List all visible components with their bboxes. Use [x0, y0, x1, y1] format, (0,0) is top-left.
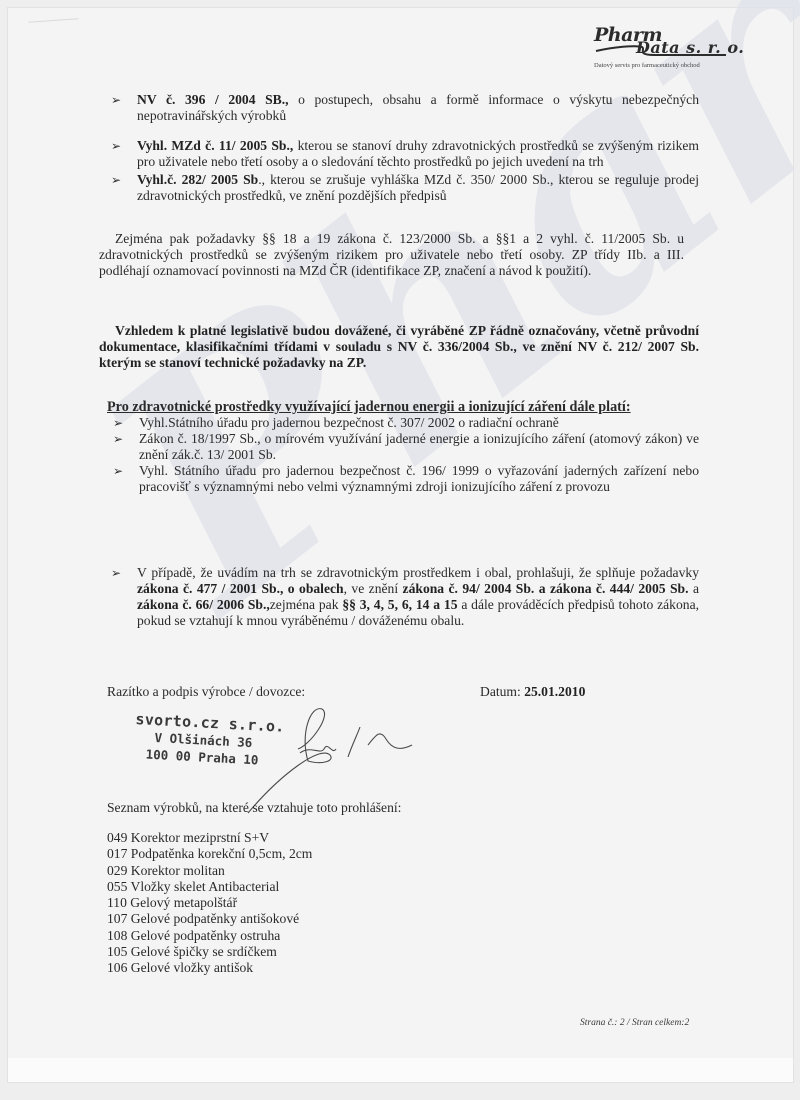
packaging-law-ref: zákona č. 94/ 2004 Sb. a zákona č. 444/ …	[403, 581, 689, 596]
list-item: 049 Korektor meziprstní S+V	[107, 830, 312, 846]
list-item: 105 Gelové špičky se srdíčkem	[107, 944, 312, 960]
regulation-ref: Vyhl. MZd č. 11/ 2005 Sb.,	[137, 138, 293, 153]
regulation-item: ➢ Vyhl. MZd č. 11/ 2005 Sb., kterou se s…	[107, 138, 699, 170]
arrow-bullet-icon: ➢	[113, 463, 123, 479]
handwritten-signature-icon	[240, 705, 450, 815]
product-list-intro: Seznam výrobků, na které se vztahuje tot…	[107, 800, 401, 816]
date-label: Datum:	[480, 684, 524, 699]
signature-row: Razítko a podpis výrobce / dovozce: Datu…	[107, 684, 707, 700]
logo-text-data: Data s. r. o.	[636, 38, 744, 57]
list-item: 108 Gelové podpatěnky ostruha	[107, 928, 312, 944]
arrow-bullet-icon: ➢	[111, 565, 121, 581]
page-number: Strana č.: 2 / Stran celkem:2	[580, 1018, 689, 1028]
packaging-declaration: ➢ V případě, že uvádím na trh se zdravot…	[107, 565, 699, 629]
packaging-text: zejména pak	[270, 597, 343, 612]
packaging-sections: §§ 3, 4, 5, 6, 14 a 15	[342, 597, 457, 612]
arrow-bullet-icon: ➢	[111, 138, 121, 154]
product-list: 049 Korektor meziprstní S+V 017 Podpatěn…	[107, 830, 312, 977]
list-item: 110 Gelový metapolštář	[107, 895, 312, 911]
packaging-law-ref: zákona č. 66/ 2006 Sb.,	[137, 597, 270, 612]
regulation-ref: Vyhl.č. 282/ 2005 Sb	[137, 172, 258, 187]
packaging-text: V případě, že uvádím na trh se zdravotni…	[137, 565, 699, 580]
nuclear-item: ➢ Vyhl. Státního úřadu pro jadernou bezp…	[99, 463, 699, 495]
nuclear-section-heading: Pro zdravotnické prostředky využívající …	[107, 399, 699, 415]
signature-label: Razítko a podpis výrobce / dovozce:	[107, 684, 305, 699]
scan-edge	[8, 1058, 793, 1082]
list-item: 055 Vložky skelet Antibacterial	[107, 879, 312, 895]
logo-tagline: Datový servis pro farmaceutický obchod	[594, 62, 700, 69]
packaging-law-ref: zákona č. 477 / 2001 Sb., o obalech	[137, 581, 344, 596]
document-body: ➢ NV č. 396 / 2004 SB., o postupech, obs…	[107, 92, 699, 629]
regulation-item: ➢ Vyhl.č. 282/ 2005 Sb., kterou se zrušu…	[107, 172, 699, 204]
regulation-item: ➢ NV č. 396 / 2004 SB., o postupech, obs…	[107, 92, 699, 124]
nuclear-item-text: Vyhl. Státního úřadu pro jadernou bezpeč…	[139, 463, 699, 494]
requirements-paragraph: Zejména pak požadavky §§ 18 a 19 zákona …	[99, 231, 684, 279]
labeling-paragraph: Vzhledem k platné legislativě budou dová…	[99, 323, 699, 371]
regulation-ref: NV č. 396 / 2004 SB.,	[137, 92, 289, 107]
arrow-bullet-icon: ➢	[111, 172, 121, 188]
date-value: 25.01.2010	[524, 684, 585, 699]
packaging-text: a	[689, 581, 699, 596]
nuclear-item-text: Vyhl.Státního úřadu pro jadernou bezpečn…	[139, 415, 559, 430]
arrow-bullet-icon: ➢	[113, 431, 123, 447]
nuclear-item: ➢ Vyhl.Státního úřadu pro jadernou bezpe…	[99, 415, 699, 431]
packaging-text: , ve znění	[344, 581, 403, 596]
list-item: 029 Korektor molitan	[107, 863, 312, 879]
list-item: 107 Gelové podpatěnky antišokové	[107, 911, 312, 927]
list-item: 106 Gelové vložky antišok	[107, 960, 312, 976]
arrow-bullet-icon: ➢	[111, 92, 121, 108]
date-field: Datum: 25.01.2010	[480, 684, 585, 700]
nuclear-item: ➢ Zákon č. 18/1997 Sb., o mírovém využív…	[99, 431, 699, 463]
company-logo: Pharm Data s. r. o. Datový servis pro fa…	[586, 24, 786, 74]
nuclear-item-text: Zákon č. 18/1997 Sb., o mírovém využíván…	[139, 431, 699, 462]
list-item: 017 Podpatěnka korekční 0,5cm, 2cm	[107, 846, 312, 862]
arrow-bullet-icon: ➢	[113, 415, 123, 431]
